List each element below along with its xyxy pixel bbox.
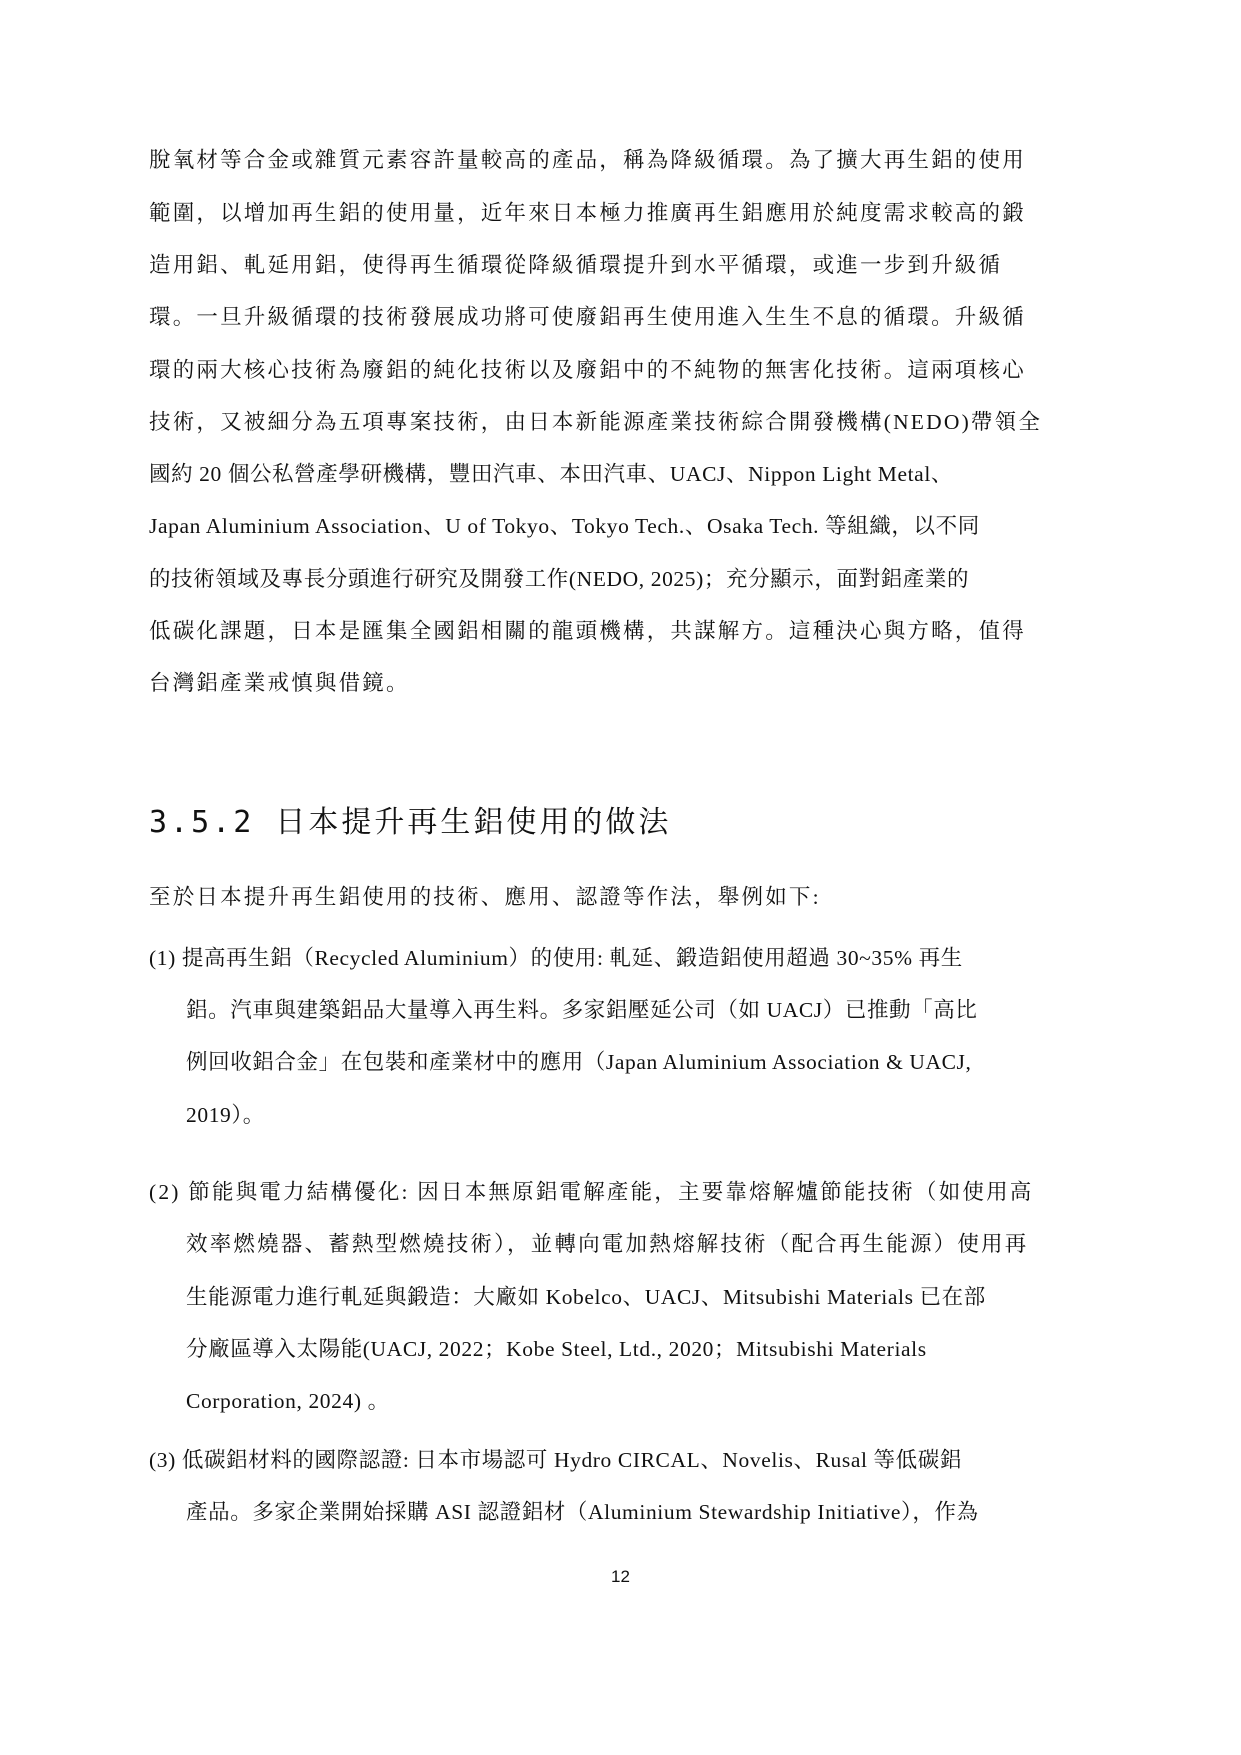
text-line: 國約 20 個公私營產學研機構，豐田汽車、本田汽車、UACJ、Nippon Li… bbox=[149, 460, 953, 488]
list-item-line: 產品。多家企業開始採購 ASI 認證鋁材（Aluminium Stewardsh… bbox=[186, 1498, 979, 1526]
section-heading: 3.5.2 日本提升再生鋁使用的做法 bbox=[149, 805, 671, 841]
text-line: 脫氧材等合金或雜質元素容許量較高的產品，稱為降級循環。為了擴大再生鋁的使用 bbox=[149, 146, 1026, 174]
text-line: 環。一旦升級循環的技術發展成功將可使廢鋁再生使用進入生生不息的循環。升級循 bbox=[149, 303, 1026, 331]
text-line: 造用鋁、軋延用鋁，使得再生循環從降級循環提升到水平循環，或進一步到升級循 bbox=[149, 251, 1002, 279]
section-intro: 至於日本提升再生鋁使用的技術、應用、認證等作法，舉例如下: bbox=[149, 883, 821, 911]
list-item-line: 生能源電力進行軋延與鍛造：大廠如 Kobelco、UACJ、Mitsubishi… bbox=[186, 1283, 986, 1311]
text-line: 範圍，以增加再生鋁的使用量，近年來日本極力推廣再生鋁應用於純度需求較高的鍛 bbox=[149, 199, 1026, 227]
text-line: 台灣鋁產業戒慎與借鏡。 bbox=[149, 669, 410, 697]
text-line: 環的兩大核心技術為廢鋁的純化技術以及廢鋁中的不純物的無害化技術。這兩項核心 bbox=[149, 356, 1026, 384]
text-line: Japan Aluminium Association、U of Tokyo、T… bbox=[149, 512, 980, 540]
document-page: 脫氧材等合金或雜質元素容許量較高的產品，稱為降級循環。為了擴大再生鋁的使用 範圍… bbox=[0, 0, 1241, 1755]
list-item-line: (2) 節能與電力結構優化: 因日本無原鋁電解產能，主要靠熔解爐節能技術（如使用… bbox=[149, 1178, 1034, 1206]
text-line: 的技術領域及專長分頭進行研究及開發工作(NEDO, 2025)；充分顯示，面對鋁… bbox=[149, 565, 969, 593]
text-line: 低碳化課題，日本是匯集全國鋁相關的龍頭機構，共謀解方。這種決心與方略，值得 bbox=[149, 617, 1026, 645]
list-item-line: 例回收鋁合金」在包裝和產業材中的應用（Japan Aluminium Assoc… bbox=[186, 1048, 972, 1076]
list-item-line: 2019）。 bbox=[186, 1101, 265, 1129]
list-item-line: 效率燃燒器、蓄熱型燃燒技術），並轉向電加熱熔解技術（配合再生能源）使用再 bbox=[186, 1230, 1028, 1258]
text-line: 技術，又被細分為五項專案技術，由日本新能源產業技術綜合開發機構(NEDO)帶領全 bbox=[149, 408, 1042, 436]
list-item-line: (1) 提高再生鋁（Recycled Aluminium）的使用: 軋延、鍛造鋁… bbox=[149, 944, 963, 972]
list-item-line: Corporation, 2024) 。 bbox=[186, 1387, 390, 1415]
list-item-line: 分廠區導入太陽能(UACJ, 2022；Kobe Steel, Ltd., 20… bbox=[186, 1335, 927, 1363]
list-item-line: (3) 低碳鋁材料的國際認證: 日本市場認可 Hydro CIRCAL、Nove… bbox=[149, 1446, 962, 1474]
list-item-line: 鋁。汽車與建築鋁品大量導入再生料。多家鋁壓延公司（如 UACJ）已推動「高比 bbox=[186, 996, 977, 1024]
page-number: 12 bbox=[0, 1567, 1241, 1587]
